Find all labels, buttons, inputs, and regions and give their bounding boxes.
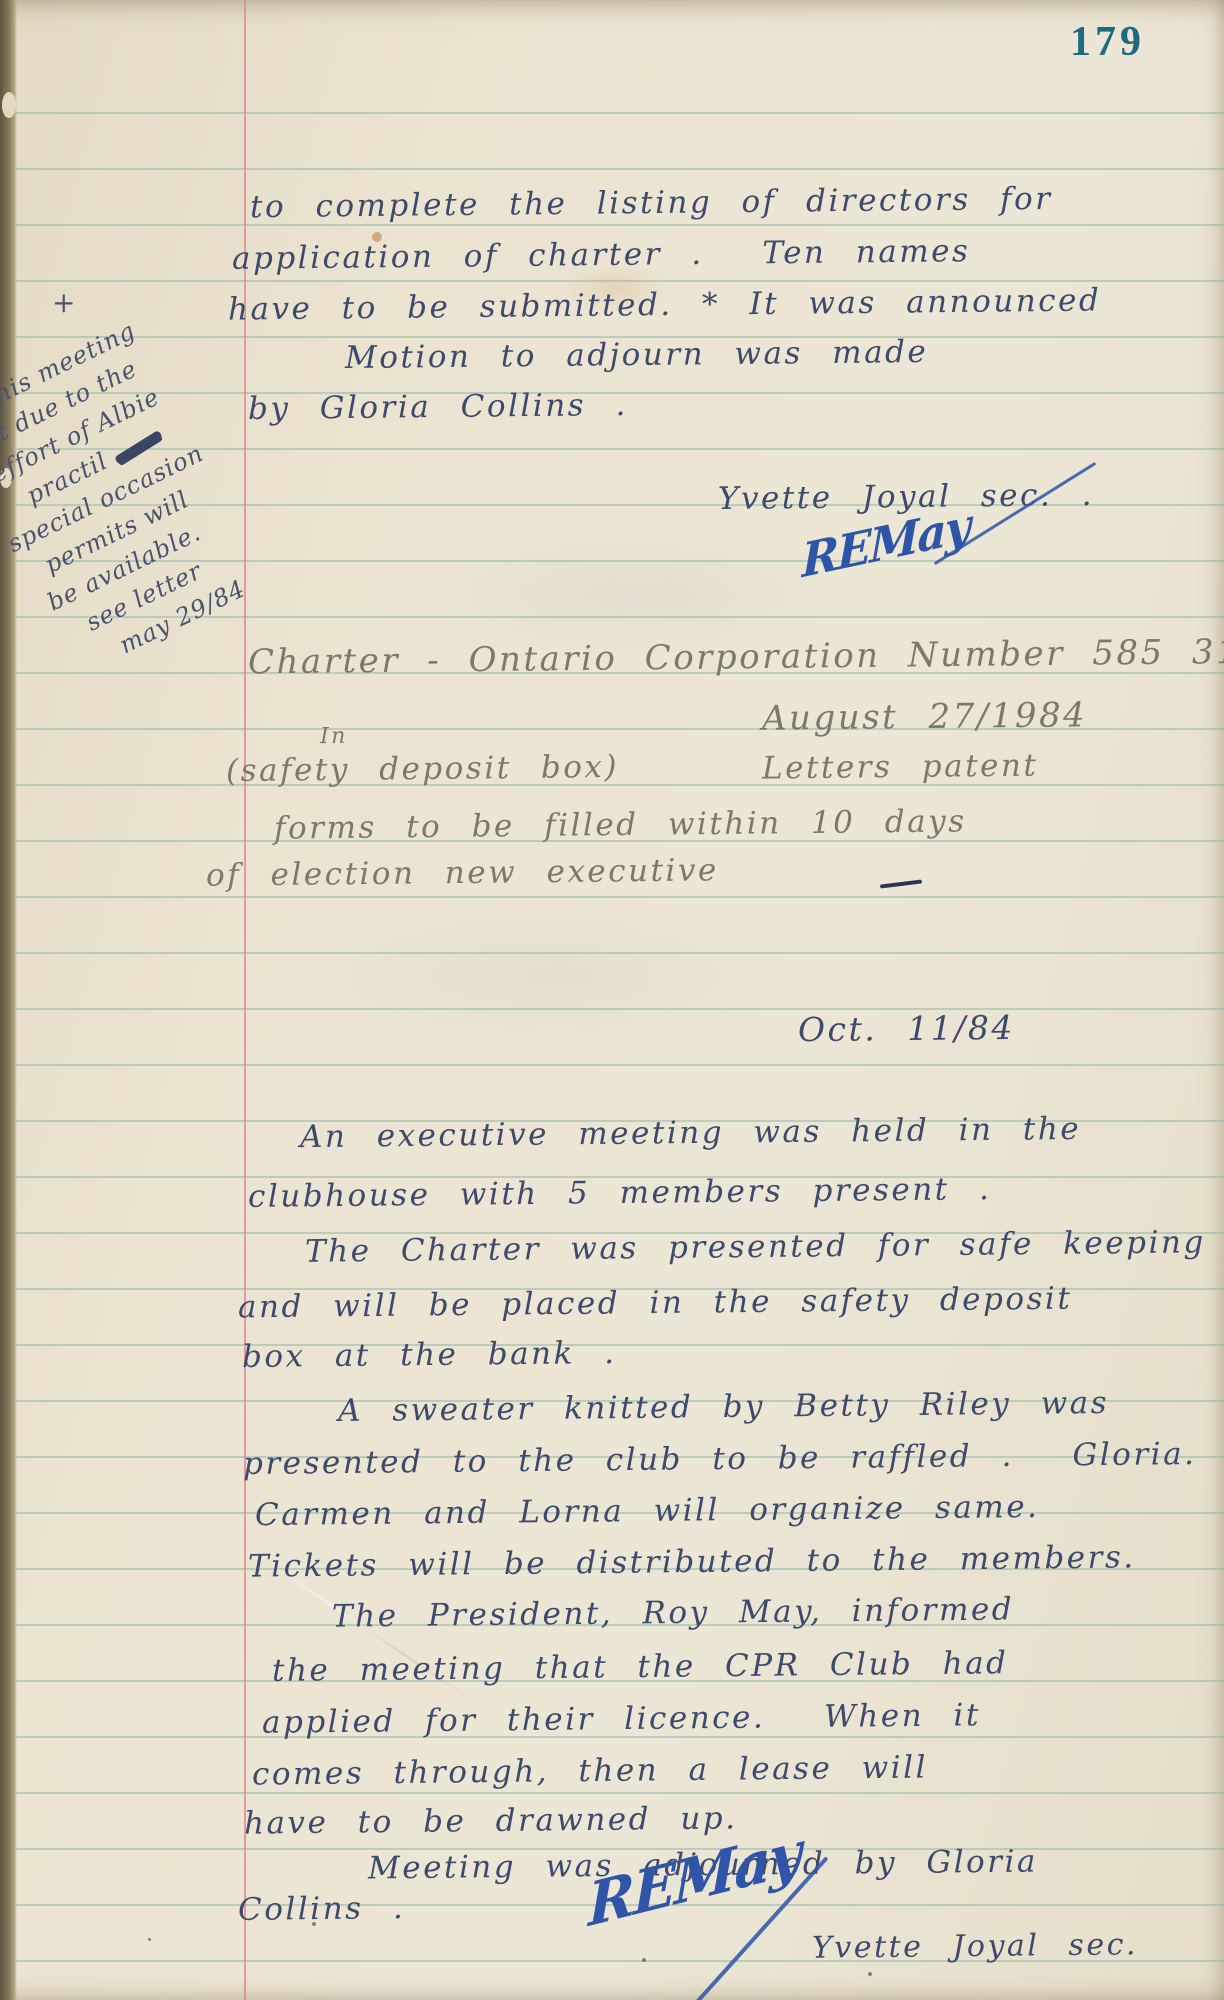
handwritten-line: August 27/1984 [762, 698, 1088, 735]
ink-bleedthrough [300, 900, 820, 1050]
binding-edge [0, 0, 17, 2000]
page-number: 179 [1070, 18, 1145, 66]
handwritten-line: Motion to adjourn was made [345, 337, 929, 374]
paper-speck [642, 1958, 646, 1962]
handwritten-line: applied for their licence. When it [262, 1700, 981, 1739]
handwritten-line: forms to be filled within 10 days [274, 806, 967, 844]
handwritten-line: by Gloria Collins . [248, 390, 628, 425]
handwritten-line: to complete the listing of directors for [250, 184, 1053, 223]
handwritten-line: Charter - Ontario Corporation Number 585… [248, 635, 1224, 680]
handwritten-line: have to be submitted. * It was announced [228, 285, 1102, 325]
binding-chip [2, 92, 16, 118]
handwritten-line: and will be placed in the safety deposit [238, 1284, 1073, 1324]
handwritten-line: The President, Roy May, informed [332, 1594, 1014, 1632]
handwritten-line: The Charter was presented for safe keepi… [305, 1227, 1206, 1267]
handwritten-line: (safety deposit box) [226, 752, 619, 787]
handwritten-line: An executive meeting was held in the [300, 1114, 1081, 1153]
handwritten-line: Carmen and Lorna will organize same. [255, 1492, 1040, 1531]
handwritten-line: the meeting that the CPR Club had [272, 1648, 1009, 1687]
handwritten-line: clubhouse with 5 members present . [248, 1174, 992, 1213]
paper-speck [868, 1972, 872, 1976]
handwritten-line: Letters patent [762, 751, 1039, 785]
handwritten-line: A sweater knitted by Betty Riley was [338, 1388, 1109, 1427]
insertion-word: In [320, 726, 348, 748]
handwritten-line: Collins . [238, 1893, 406, 1926]
secretary-signature: Yvette Joyal sec. [812, 1930, 1138, 1963]
handwritten-line: of election new executive [206, 855, 719, 891]
handwritten-line: application of charter . Ten names [232, 236, 971, 275]
handwritten-line: Tickets will be distributed to the membe… [248, 1542, 1136, 1582]
meeting-date: Oct. 11/84 [798, 1011, 1015, 1046]
handwritten-line: box at the bank . [242, 1338, 617, 1373]
margin-note-marker: + [52, 286, 75, 319]
paper-speck [148, 1938, 151, 1941]
handwritten-line: have to be drawned up. [244, 1803, 738, 1839]
ledger-page: 179 + at this meeting that due to the ef… [0, 0, 1224, 2000]
handwritten-line: comes through, then a lease will [252, 1752, 928, 1790]
